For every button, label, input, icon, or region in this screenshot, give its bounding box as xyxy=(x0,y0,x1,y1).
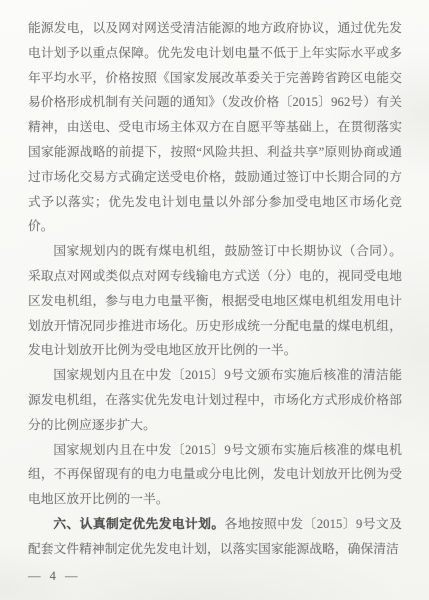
page-number: — 4 — xyxy=(28,569,81,584)
body-paragraph-3: 国家规划内且在中发〔2015〕9号文颁布实施后核准的清洁能源发电机组，在落实优先… xyxy=(28,363,402,437)
document-body: 能源发电，以及网对网送受清洁能源的地方政府协议，通过优先发电计划予以重点保障。优… xyxy=(28,16,402,562)
body-paragraph-1: 能源发电，以及网对网送受清洁能源的地方政府协议，通过优先发电计划予以重点保障。优… xyxy=(28,16,402,239)
scanned-document-page: 能源发电，以及网对网送受清洁能源的地方政府协议，通过优先发电计划予以重点保障。优… xyxy=(0,0,429,600)
body-paragraph-5: 六、认真制定优先发电计划。各地按照中发〔2015〕9号文及配套文件精神制定优先发… xyxy=(28,512,402,562)
section-heading: 六、认真制定优先发电计划。 xyxy=(53,517,224,531)
body-paragraph-4: 国家规划内且在中发〔2015〕9号文颁布实施后核准的煤电机组，不再保留现有的电力… xyxy=(28,438,402,512)
body-paragraph-2: 国家规划内的既有煤电机组，鼓励签订中长期协议（合同）。采取点对网或类似点对网专线… xyxy=(28,239,402,363)
